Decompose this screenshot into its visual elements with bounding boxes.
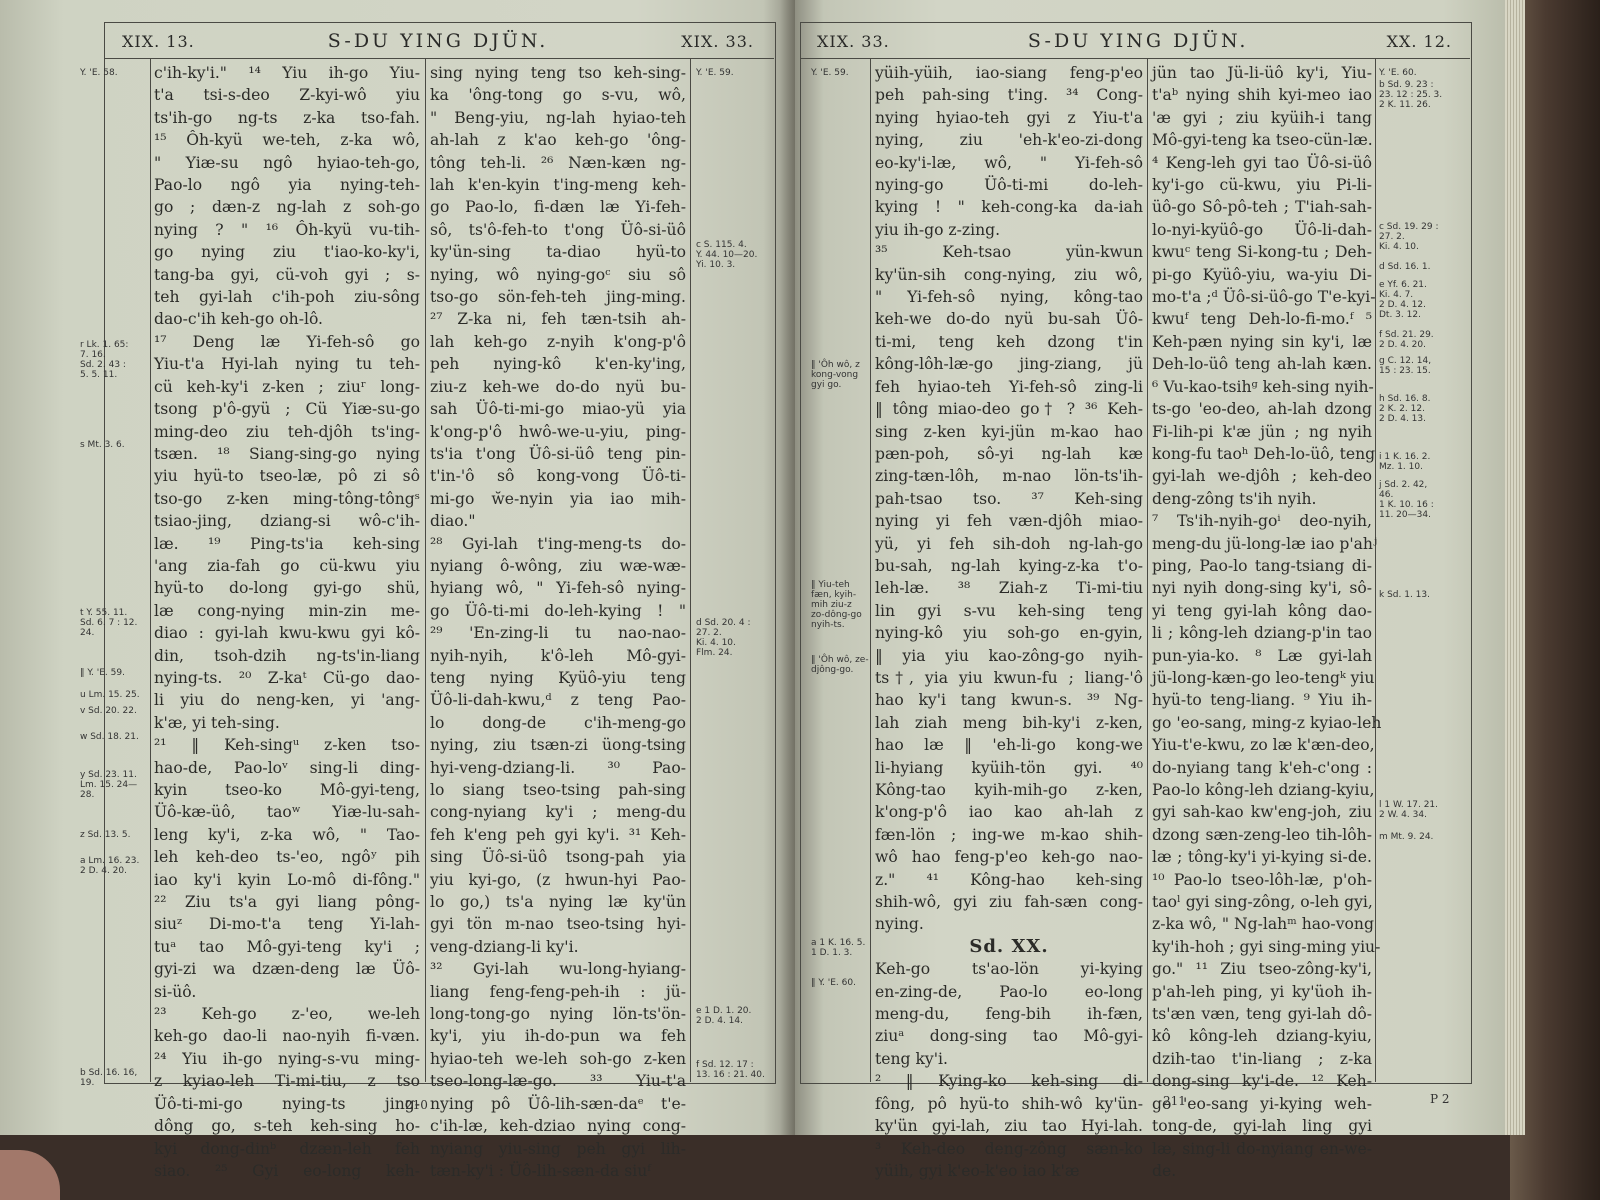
- text-line: ³² Gyi-lah wu-long-hyiang-: [430, 958, 686, 980]
- text-line: cong-nyiang ky'i ; meng-du: [430, 801, 686, 823]
- text-line: læ, sing-li do-nyiang en-we-: [1152, 1138, 1372, 1160]
- text-line: ky'i, yiu ih-do-pun wa feh: [430, 1025, 686, 1047]
- text-line: ky'ün-sih cong-nying, ziu wô,: [875, 264, 1143, 286]
- cross-reference-note: w Sd. 18. 21.: [80, 732, 139, 742]
- text-line: Deh-lo-üô teng ah-lah kæn.: [1152, 353, 1372, 375]
- left-page-column-1: c'ih-ky'i." ¹⁴ Yiu ih-go Yiu-t'a tsi-s-d…: [154, 62, 420, 1182]
- text-line: ¹⁵ Ôh-kyü we-teh, z-ka wô,: [154, 129, 420, 151]
- cross-reference-note: i 1 K. 16. 2. Mz. 1. 10.: [1379, 452, 1430, 472]
- right-header-rule: [800, 58, 1470, 59]
- text-line: lin gyi s-vu keh-sing teng: [875, 600, 1143, 622]
- text-line: t'aᵇ nying shih kyi-meo iao: [1152, 84, 1372, 106]
- text-line: ²³ Keh-go z-'eo, we-leh: [154, 1003, 420, 1025]
- text-line: yüih-yüih, iao-siang feng-p'eo: [875, 62, 1143, 84]
- text-line: sing z-ken kyi-jün m-kao hao: [875, 421, 1143, 443]
- cross-reference-note: f Sd. 12. 17 : 13. 16 : 21. 40.: [696, 1060, 765, 1080]
- text-line: dông go, s-teh keh-sing ho-: [154, 1115, 420, 1137]
- text-line: teng ky'i.: [875, 1048, 1143, 1070]
- text-line: ts'ih-go ng-ts z-ka tso-fah.: [154, 107, 420, 129]
- text-line: li ; kông-leh dziang-p'in tao: [1152, 622, 1372, 644]
- cross-reference-note: d Sd. 16. 1.: [1379, 262, 1430, 272]
- text-line: peh pah-sing t'ing. ³⁴ Cong-: [875, 84, 1143, 106]
- right-header-title: S-DU YING DJÜN.: [1028, 30, 1249, 52]
- text-line: lo dong-de c'ih-meng-go: [430, 712, 686, 734]
- left-col-rule-3: [690, 58, 691, 1082]
- cross-reference-note: c S. 115. 4. Y. 44. 10—20. Yi. 10. 3.: [696, 240, 757, 270]
- text-line: go ; dæn-z ng-lah z soh-go: [154, 196, 420, 218]
- text-line: do-nyiang tang k'eh-c'ong :: [1152, 757, 1372, 779]
- text-line: leh keh-deo ts-'eo, ngôʸ pih: [154, 846, 420, 868]
- text-line: nying, ziu 'eh-k'eo-zi-dong: [875, 129, 1143, 151]
- cross-reference-note: z Sd. 13. 5.: [80, 830, 131, 840]
- text-line: tso-go sön-feh-teh jing-ming.: [430, 286, 686, 308]
- text-line: ¹⁷ Deng læ Yi-feh-sô go: [154, 331, 420, 353]
- text-line: Mô-gyi-teng ka tseo-cün-læ.: [1152, 129, 1372, 151]
- cross-reference-note: c Sd. 19. 29 : 27. 2. Ki. 4. 10.: [1379, 222, 1438, 252]
- text-line: gyi sah-kao kw'eng-joh, ziu: [1152, 801, 1372, 823]
- text-line: diao.": [430, 510, 686, 532]
- text-line: ti-mi, teng keh dzong t'in: [875, 331, 1143, 353]
- text-line: ts'ia t'ong Üô-si-üô teng pin-: [430, 443, 686, 465]
- cross-reference-note: u Lm. 15. 25.: [80, 690, 140, 700]
- text-line: Yiu-t'a Hyi-lah nying tu teh-: [154, 353, 420, 375]
- cross-reference-note: s Mt. 3. 6.: [80, 440, 125, 450]
- text-line: veng-dziang-li ky'i.: [430, 936, 686, 958]
- text-line: gyi-lah we-djôh ; keh-deo: [1152, 465, 1372, 487]
- text-line: ²⁴ Yiu ih-go nying-s-vu ming-: [154, 1048, 420, 1070]
- text-line: sing Üô-si-üô tsong-pah yia: [430, 846, 686, 868]
- text-line: nyiang yiu-sing peh gyi lih-: [430, 1138, 686, 1160]
- text-line: kying ! " keh-cong-ka da-iah: [875, 196, 1143, 218]
- text-line: ka 'ông-tong go s-vu, wô,: [430, 84, 686, 106]
- text-line: ⁴ Keng-leh gyi tao Üô-si-üô: [1152, 152, 1372, 174]
- right-page-column-1: yüih-yüih, iao-siang feng-p'eopeh pah-si…: [875, 62, 1143, 1182]
- text-line: yi teng gyi-lah kông dao-: [1152, 600, 1372, 622]
- text-line: ky'ün-sing ta-diao hyü-to: [430, 241, 686, 263]
- text-line: nying-kô yiu soh-go en-gyin,: [875, 622, 1143, 644]
- left-page-header: XIX. 13. S-DU YING DJÜN. XIX. 33.: [122, 30, 754, 52]
- text-line: dong-sing ky'i-de. ¹² Keh-: [1152, 1070, 1372, 1092]
- text-line: yü, yi feh sih-doh ng-lah-go: [875, 533, 1143, 555]
- text-line: hyiao-teh we-leh soh-go z-ken: [430, 1048, 686, 1070]
- text-line: ‖ tông miao-deo go† ? ³⁶ Keh-: [875, 398, 1143, 420]
- text-line: tsiao-jing, dziang-si wô-c'ih-: [154, 510, 420, 532]
- text-line: hyiang wô, " Yi-feh-sô nying-: [430, 577, 686, 599]
- text-line: diao : gyi-lah kwu-kwu gyi kô-: [154, 622, 420, 644]
- left-page-column-2: sing nying teng tso keh-sing-ka 'ông-ton…: [430, 62, 686, 1182]
- text-line: " Yiæ-su ngô hyiao-teh-go,: [154, 152, 420, 174]
- right-col-rule-3: [1375, 58, 1376, 1082]
- cross-reference-note: Y. 'E. 60.: [1379, 68, 1417, 78]
- text-line: bu-sah, ng-lah kying-z-ka t'o-: [875, 555, 1143, 577]
- text-line: c'ih-ky'i." ¹⁴ Yiu ih-go Yiu-: [154, 62, 420, 84]
- text-line: teng nying Kyüô-yiu teng: [430, 667, 686, 689]
- text-line: ²¹ ‖ Keh-singᵘ z-ken tso-: [154, 734, 420, 756]
- text-line: deng-zông ts'ih nyih.: [1152, 488, 1372, 510]
- text-line: si-üô.: [154, 981, 420, 1003]
- text-line: ts†, yia yiu kwun-fu ; liang-'ô: [875, 667, 1143, 689]
- cross-reference-note: e Yf. 6. 21. Ki. 4. 7. 2 D. 4. 12. Dt. 3…: [1379, 280, 1427, 320]
- cross-reference-note: y Sd. 23. 11. Lm. 15. 24— 28.: [80, 770, 137, 800]
- text-line: z." ⁴¹ Kông-hao keh-sing: [875, 869, 1143, 891]
- text-line: fæn-lön ; ing-we m-kao shih-: [875, 824, 1143, 846]
- text-line: tseo-long-læ-go. ³³ Yiu-t'a: [430, 1070, 686, 1092]
- open-book: XIX. 13. S-DU YING DJÜN. XIX. 33. Y. 'E.…: [0, 0, 1600, 1200]
- left-col-rule-2: [425, 58, 426, 1082]
- text-line: k'æ, yi teh-sing.: [154, 712, 420, 734]
- cross-reference-note: b Sd. 16. 16, 19.: [80, 1068, 137, 1088]
- text-line: 'ang zia-fah go cü-kwu yiu: [154, 555, 420, 577]
- text-line: " Beng-yiu, ng-lah hyiao-teh: [430, 107, 686, 129]
- text-line: siuᶻ Di-mo-t'a teng Yi-lah-: [154, 913, 420, 935]
- text-line: sô, ts'ô-feh-to t'ong Üô-si-üô: [430, 219, 686, 241]
- reader-thumb: [0, 1150, 60, 1200]
- cross-reference-note: h Sd. 16. 8. 2 K. 2. 12. 2 D. 4. 13.: [1379, 394, 1430, 424]
- text-line: yiu ih-go z-zing.: [875, 219, 1143, 241]
- text-line: nying-go Üô-ti-mi do-leh-: [875, 174, 1143, 196]
- text-line: Fi-lih-pi k'æ jün ; ng nyih: [1152, 421, 1372, 443]
- text-line: k'ong-p'ô iao kao ah-lah z: [875, 801, 1143, 823]
- text-line: Keh-pæn nying sin ky'i, læ: [1152, 331, 1372, 353]
- text-line: tso-go z-ken ming-tông-tôngˢ: [154, 488, 420, 510]
- right-page-left-margin-references: Y. 'E. 59.‖ 'Ôh wô, z kong-vong gyi go.‖…: [811, 0, 871, 1100]
- text-line: mo-t'a ;ᵈ Üô-si-üô-go T'e-kyi-: [1152, 286, 1372, 308]
- text-line: nying yi feh væn-djôh miao-: [875, 510, 1143, 532]
- cross-reference-note: Y. 'E. 59.: [696, 68, 734, 78]
- text-line: c'ih-læ, keh-dziao nying cong-: [430, 1115, 686, 1137]
- text-line: leh-læ. ³⁸ Ziah-z Ti-mi-tiu: [875, 577, 1143, 599]
- right-page: XIX. 33. S-DU YING DJÜN. XX. 12. Y. 'E. …: [795, 0, 1515, 1135]
- text-line: pun-yia-ko. ⁸ Læ gyi-lah: [1152, 645, 1372, 667]
- text-line: hyü-to do-long gyi-go shü,: [154, 577, 420, 599]
- text-line: lah keh-go z-nyih k'ong-p'ô: [430, 331, 686, 353]
- cross-reference-note: t Y. 55. 11. Sd. 6. 7 : 12. 24.: [80, 608, 137, 638]
- text-line: zing-tæn-lôh, m-nao lön-ts'ih-: [875, 465, 1143, 487]
- text-line: go." ¹¹ Ziu tseo-zông-ky'i,: [1152, 958, 1372, 980]
- text-line: iao ky'i kyin Lo-mô di-fông.": [154, 869, 420, 891]
- text-line: tsæn. ¹⁸ Siang-sing-go nying: [154, 443, 420, 465]
- text-line: læ cong-nying min-zin me-: [154, 600, 420, 622]
- text-line: peh nying-kô k'en-ky'ing,: [430, 353, 686, 375]
- text-line: ⁷ Ts'ih-nyih-goⁱ deo-nyih,: [1152, 510, 1372, 532]
- text-line: din, tsoh-dzih ng-ts'in-liang: [154, 645, 420, 667]
- left-col-rule-1: [150, 58, 151, 1082]
- text-line: ts-go 'eo-deo, ah-lah dzong: [1152, 398, 1372, 420]
- text-line: ky'i-go cü-kwu, yiu Pi-li-: [1152, 174, 1372, 196]
- text-line: nying-ts. ²⁰ Z-kaᵗ Cü-go dao-: [154, 667, 420, 689]
- cross-reference-note: Y. 'E. 58.: [80, 68, 118, 78]
- cross-reference-note: l 1 W. 17. 21. 2 W. 4. 34.: [1379, 800, 1438, 820]
- text-line: de.: [1152, 1160, 1372, 1182]
- text-line: li-hyiang kyüih-tön gyi. ⁴⁰: [875, 757, 1143, 779]
- text-line: Üô-kæ-üô, taoʷ Yiæ-lu-sah-: [154, 801, 420, 823]
- text-line: taoˡ gyi sing-zông, o-leh gyi,: [1152, 891, 1372, 913]
- text-line: ²⁷ Z-ka ni, feh tæn-tsih ah-: [430, 308, 686, 330]
- text-line: kong-fu taoʰ Deh-lo-üô, teng: [1152, 443, 1372, 465]
- text-line: ts'æn væn, teng gyi-lah dô-: [1152, 1003, 1372, 1025]
- text-line: tang-ba gyi, cü-voh gyi ; s-: [154, 264, 420, 286]
- text-line: ²² Ziu ts'a gyi liang pông-: [154, 891, 420, 913]
- text-line: dao-c'ih keh-go oh-lô.: [154, 308, 420, 330]
- text-line: t'a tsi-s-deo Z-kyi-wô yiu: [154, 84, 420, 106]
- text-line: kwuᶠ teng Deh-lo-fi-mo.ᶠ ⁵: [1152, 308, 1372, 330]
- text-line: tsong p'ô-gyü ; Cü Yiæ-su-go: [154, 398, 420, 420]
- text-line: gyi tön m-nao tseo-tsing hyi-: [430, 913, 686, 935]
- text-line: p'ah-leh ping, yi ky'üoh ih-: [1152, 981, 1372, 1003]
- text-line: teh gyi-lah c'ih-poh ziu-sông: [154, 286, 420, 308]
- text-line: keh-go dao-li nao-nyih fi-væn.: [154, 1025, 420, 1047]
- text-line: hao-de, Pao-loᵛ sing-li ding-: [154, 757, 420, 779]
- text-line: Üô-ti-mi-go nying-ts jing-: [154, 1093, 420, 1115]
- text-line: tæn-ky'i : Üô-lih-sæn-da siuᶠ: [430, 1160, 686, 1182]
- text-line: ³⁵ Keh-tsao yün-kwun: [875, 241, 1143, 263]
- text-line: ming-deo ziu teh-djôh ts'ing-: [154, 421, 420, 443]
- cross-reference-note: Y. 'E. 59.: [811, 68, 849, 78]
- text-line: z-ka wô, " Ng-lahᵐ hao-vong: [1152, 913, 1372, 935]
- text-line: lo siang tseo-tsing pah-sing: [430, 779, 686, 801]
- text-line: ²⁸ Gyi-lah t'ing-meng-ts do-: [430, 533, 686, 555]
- text-line: hao læ ‖ 'eh-li-go kong-we: [875, 734, 1143, 756]
- page-edges: [1505, 0, 1525, 1135]
- text-line: leng ky'i, z-ka wô, " Tao-: [154, 824, 420, 846]
- text-line: üô-go Sô-pô-teh ; T'iah-sah-: [1152, 196, 1372, 218]
- text-line: nying hyiao-teh gyi z Yiu-t'a: [875, 107, 1143, 129]
- text-line: ³ Keh-deo deng-zông sæn-ko: [875, 1138, 1143, 1160]
- text-line: lah k'en-kyin t'ing-meng keh-: [430, 174, 686, 196]
- text-line: lah ziah meng bih-ky'i z-ken,: [875, 712, 1143, 734]
- text-line: nying.: [875, 913, 1143, 935]
- text-line: sah Üô-ti-mi-go miao-yü yia: [430, 398, 686, 420]
- text-line: k'ong-p'ô hwô-we-u-yiu, ping-: [430, 421, 686, 443]
- text-line: ping, Pao-lo tang-tsiang di-: [1152, 555, 1372, 577]
- text-line: cü keh-ky'i z-ken ; ziuʳ long-: [154, 376, 420, 398]
- text-line: en-zing-de, Pao-lo eo-long: [875, 981, 1143, 1003]
- text-line: kyi dong-dinᵇ dzæn-leh feh: [154, 1138, 420, 1160]
- text-line: kông-lôh-læ-go jing-ziang, jü: [875, 353, 1143, 375]
- text-line: Keh-go ts'ao-lön yi-kying: [875, 958, 1143, 980]
- text-line: Kông-tao kyih-mih-go z-ken,: [875, 779, 1143, 801]
- text-line: dzong sæn-zeng-leo tih-lôh-: [1152, 824, 1372, 846]
- right-page-number: 211: [1163, 1094, 1186, 1108]
- text-line: Yiu-t'e-kwu, zo læ k'æn-deo,: [1152, 734, 1372, 756]
- text-line: nying, ziu tsæn-zi üong-tsing: [430, 734, 686, 756]
- text-line: tông teh-li. ²⁶ Næn-kæn ng-: [430, 152, 686, 174]
- text-line: ² ‖ Kying-ko keh-sing di-: [875, 1070, 1143, 1092]
- text-line: nyih-nyih, k'ô-leh Mô-gyi-: [430, 645, 686, 667]
- cross-reference-note: g C. 12. 14, 15 : 23. 15.: [1379, 356, 1431, 376]
- text-line: go Pao-lo, fi-dæn læ Yi-feh-: [430, 196, 686, 218]
- cross-reference-note: a Lm. 16. 23. 2 D. 4. 20.: [80, 856, 139, 876]
- right-col-rule-2: [1147, 58, 1148, 1082]
- left-header-rule: [104, 58, 774, 59]
- cross-reference-note: b Sd. 9. 23 : 23. 12 : 25. 3. 2 K. 11. 2…: [1379, 80, 1442, 110]
- cross-reference-note: ‖ Yiu-teh fæn, kyih- mih ziu-z zo-dông-g…: [811, 580, 862, 630]
- text-line: ziu-z keh-we do-do nyü bu-: [430, 376, 686, 398]
- text-line: fông, pô hyü-to shih-wô ky'ün-: [875, 1093, 1143, 1115]
- right-page-header: XIX. 33. S-DU YING DJÜN. XX. 12.: [817, 30, 1452, 52]
- text-line: hao ky'i tang kwun-s. ³⁹ Ng-: [875, 689, 1143, 711]
- text-line: nyi nyih dong-sing ky'i, sô-: [1152, 577, 1372, 599]
- left-margin-references: Y. 'E. 58.r Lk. 1. 65: 7. 16. Sd. 2. 43 …: [80, 0, 150, 1100]
- text-line: yiu hyü-to tseo-læ, pô zi sô: [154, 465, 420, 487]
- text-line: sing nying teng tso keh-sing-: [430, 62, 686, 84]
- text-line: Pao-lo kông-leh dziang-kyiu,: [1152, 779, 1372, 801]
- text-line: yüih, gyi k'eo-k'eo iao k'æ: [875, 1160, 1143, 1182]
- text-line: jün tao Jü-li-üô ky'i, Yiu-: [1152, 62, 1372, 84]
- cross-reference-note: d Sd. 20. 4 : 27. 2. Ki. 4. 10. Flm. 24.: [696, 618, 751, 658]
- text-line: t'in-'ô sô kong-vong Üô-ti-: [430, 465, 686, 487]
- text-line: li yiu do neng-ken, yi 'ang-: [154, 689, 420, 711]
- text-line: læ. ¹⁹ Ping-ts'ia keh-sing: [154, 533, 420, 555]
- text-line: lo-nyi-kyüô-go Üô-li-dah-: [1152, 219, 1372, 241]
- right-page-right-margin-references: Y. 'E. 60.b Sd. 9. 23 : 23. 12 : 25. 3. …: [1379, 0, 1459, 1100]
- text-line: ziuᵃ dong-sing tao Mô-gyi-: [875, 1025, 1143, 1047]
- text-line: ⁶ Vu-kao-tsihᵍ keh-sing nyih-: [1152, 376, 1372, 398]
- text-line: kwuᶜ teng Si-kong-tu ; Deh-: [1152, 241, 1372, 263]
- text-line: z kyiao-leh Ti-mi-tiu, z tso: [154, 1070, 420, 1092]
- text-line: dzih-tao t'in-liang ; z-ka: [1152, 1048, 1372, 1070]
- cross-reference-note: r Lk. 1. 65: 7. 16. Sd. 2. 43 : 5. 5. 11…: [80, 340, 128, 380]
- text-line: tuᵃ tao Mô-gyi-teng ky'i ;: [154, 936, 420, 958]
- text-line: long-tong-go nying lön-ts'ön-: [430, 1003, 686, 1025]
- cross-reference-note: f Sd. 21. 29. 2 D. 4. 20.: [1379, 330, 1434, 350]
- text-line: wô hao feng-p'eo keh-go nao-: [875, 846, 1143, 868]
- left-page-number: 210: [405, 1098, 428, 1112]
- text-line: shih-wô, gyi ziu fah-sæn cong-: [875, 891, 1143, 913]
- cross-reference-note: a 1 K. 16. 5. 1 D. 1. 3.: [811, 938, 865, 958]
- text-line: ky'ün gyi-lah, ziu tao Hyi-lah.: [875, 1115, 1143, 1137]
- text-line: feh k'eng peh gyi ky'i. ³¹ Keh-: [430, 824, 686, 846]
- text-line: ky'ih-hoh ; gyi sing-ming yiu-: [1152, 936, 1372, 958]
- left-page: XIX. 13. S-DU YING DJÜN. XIX. 33. Y. 'E.…: [0, 0, 795, 1135]
- text-line: go 'eo-sang, ming-z kyiao-leh: [1152, 712, 1372, 734]
- cross-reference-note: m Mt. 9. 24.: [1379, 832, 1433, 842]
- signature-mark: P 2: [1430, 1092, 1450, 1106]
- text-line: hyi-veng-dziang-li. ³⁰ Pao-: [430, 757, 686, 779]
- text-line: meng-du, feng-bih ih-fæn,: [875, 1003, 1143, 1025]
- text-line: siao. ²⁵ Gyi eo-long keh-: [154, 1160, 420, 1182]
- text-line: ¹⁰ Pao-lo tseo-lôh-læ, p'oh-: [1152, 869, 1372, 891]
- text-line: eo-ky'i-læ, wô, " Yi-feh-sô: [875, 152, 1143, 174]
- text-line: lo go,) ts'a nying læ ky'ün: [430, 891, 686, 913]
- text-line: pi-go Kyüô-yiu, wa-yiu Di-: [1152, 264, 1372, 286]
- text-line: kyin tseo-ko Mô-gyi-teng,: [154, 779, 420, 801]
- text-line: Pao-lo ngô yia nying-teh-: [154, 174, 420, 196]
- text-line: nying, wô nying-goᶜ siu sô: [430, 264, 686, 286]
- text-line: nyiang ô-wông, ziu wæ-wæ-: [430, 555, 686, 577]
- cross-reference-note: e 1 D. 1. 20. 2 D. 4. 14.: [696, 1006, 751, 1026]
- right-page-column-2: jün tao Jü-li-üô ky'i, Yiu-t'aᵇ nying sh…: [1152, 62, 1372, 1182]
- text-line: nying pô Üô-lih-sæn-daᵉ t'e-: [430, 1093, 686, 1115]
- text-line: Sd. XX.: [875, 936, 1143, 958]
- text-line: feh hyiao-teh Yi-feh-sô zing-li: [875, 376, 1143, 398]
- text-line: " Yi-feh-sô nying, kông-tao: [875, 286, 1143, 308]
- text-line: kô kông-leh dziang-kyiu,: [1152, 1025, 1372, 1047]
- text-line: Üô-li-dah-kwu,ᵈ z teng Pao-: [430, 689, 686, 711]
- cross-reference-note: ‖ Y. 'E. 60.: [811, 978, 856, 988]
- text-line: keh-we do-do nyü bu-sah Üô-: [875, 308, 1143, 330]
- text-line: yiu kyi-go, (z hwun-hyi Pao-: [430, 869, 686, 891]
- cross-reference-note: ‖ 'Ôh wô, ze- djông-go.: [811, 655, 869, 675]
- text-line: jü-long-kæn-go leo-tengᵏ yiu: [1152, 667, 1372, 689]
- text-line: hyü-to teng-liang. ⁹ Yiu ih-: [1152, 689, 1372, 711]
- text-line: ah-lah z k'ao keh-go 'ông-: [430, 129, 686, 151]
- text-line: 'æ gyi ; ziu kyüih-i tang: [1152, 107, 1372, 129]
- text-line: ‖ yia yiu kao-zông-go nyih-: [875, 645, 1143, 667]
- text-line: go Üô-ti-mi do-leh-kying ! ": [430, 600, 686, 622]
- cross-reference-note: v Sd. 20. 22.: [80, 706, 137, 716]
- text-line: pæn-poh, sô-yi ng-lah kæ: [875, 443, 1143, 465]
- cross-reference-note: k Sd. 1. 13.: [1379, 590, 1430, 600]
- text-line: liang feng-feng-peh-ih : jü-: [430, 981, 686, 1003]
- text-line: gyi-zi wa dzæn-deng læ Üô-: [154, 958, 420, 980]
- text-line: læ ; tông-ky'i yi-kying si-de.: [1152, 846, 1372, 868]
- text-line: mi-go w̆e-nyin yia iao mih-: [430, 488, 686, 510]
- text-line: tong-de, gyi-lah ling gyi: [1152, 1115, 1372, 1137]
- text-line: ²⁹ 'En-zing-li tu nao-nao-: [430, 622, 686, 644]
- text-line: pah-tsao tso. ³⁷ Keh-sing: [875, 488, 1143, 510]
- cross-reference-note: j Sd. 2. 42, 46. 1 K. 10. 16 : 11. 20—34…: [1379, 480, 1434, 520]
- cross-reference-note: ‖ Y. 'E. 59.: [80, 668, 125, 678]
- left-header-title: S-DU YING DJÜN.: [328, 30, 549, 52]
- text-line: meng-du jü-long-læ iao p'ahʲ: [1152, 533, 1372, 555]
- left-page-right-margin-references: Y. 'E. 59.c S. 115. 4. Y. 44. 10—20. Yi.…: [696, 0, 772, 1100]
- text-line: go nying ziu t'iao-ko-ky'i,: [154, 241, 420, 263]
- text-line: nying ? " ¹⁶ Ôh-kyü vu-tih-: [154, 219, 420, 241]
- cross-reference-note: ‖ 'Ôh wô, z kong-vong gyi go.: [811, 360, 860, 390]
